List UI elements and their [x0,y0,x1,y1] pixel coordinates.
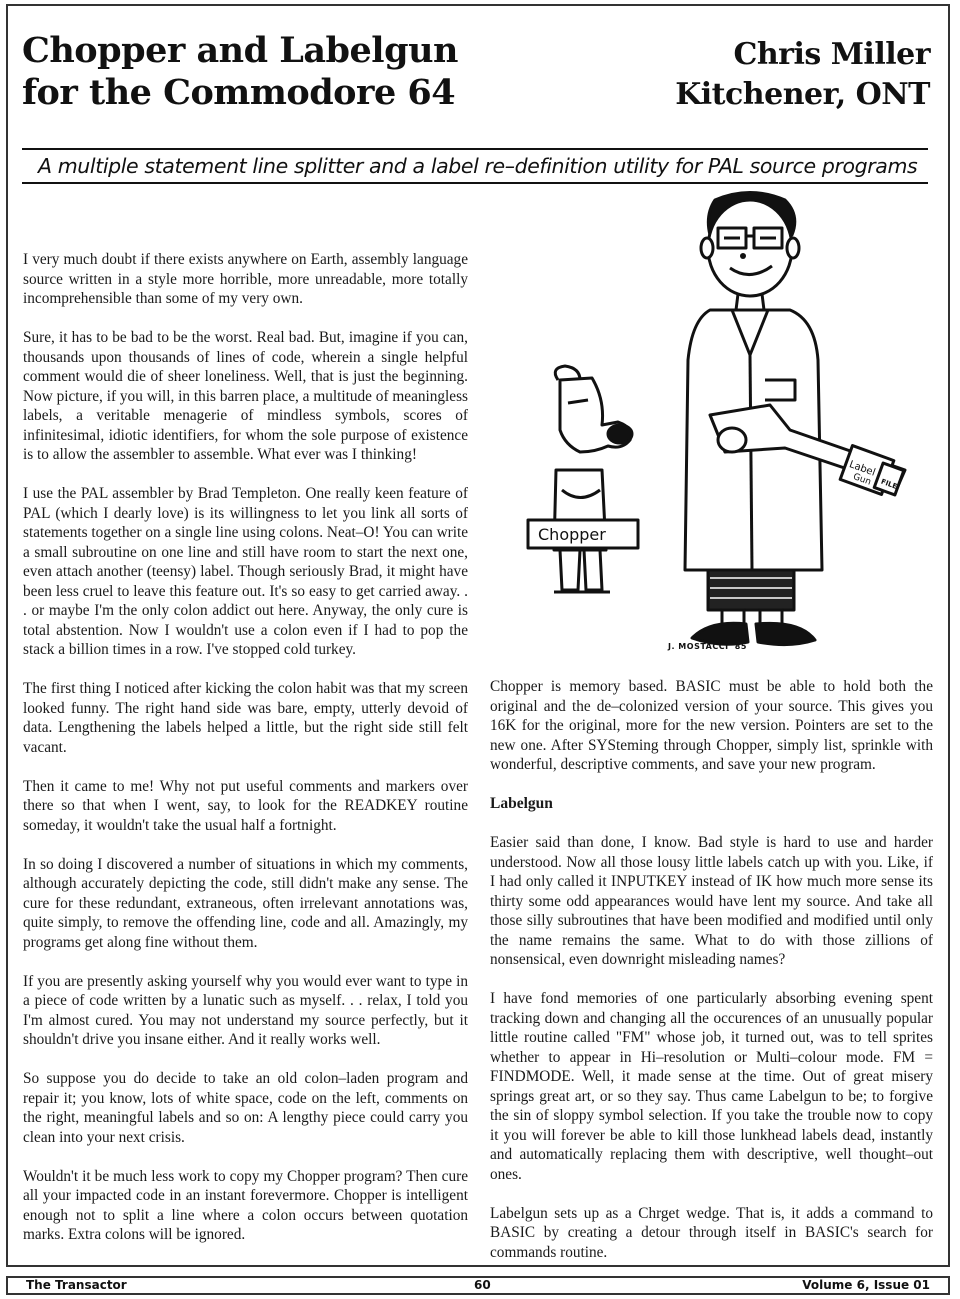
author-location: Kitchener, ONT [675,77,930,112]
body-paragraph: Then it came to me! Why not put useful c… [23,777,468,836]
page-number: 60 [474,1278,491,1293]
body-paragraph: The first thing I noticed after kicking … [23,679,468,757]
section-heading-labelgun: Labelgun [490,794,933,814]
left-column: I very much doubt if there exists anywhe… [23,250,468,1264]
body-paragraph: Sure, it has to be bad to be the worst. … [23,328,468,465]
body-paragraph: If you are presently asking yourself why… [23,972,468,1050]
subtitle-bar: A multiple statement line splitter and a… [22,148,928,184]
body-paragraph: In so doing I discovered a number of sit… [23,855,468,953]
author-name: Chris Miller [733,37,930,72]
article-subtitle: A multiple statement line splitter and a… [38,154,918,178]
artist-signature: J. MOSTACCI '85 [668,642,747,651]
body-paragraph: I very much doubt if there exists anywhe… [23,250,468,309]
article-title: Chopper and Labelgun for the Commodore 6… [22,30,458,114]
body-paragraph: Wouldn't it be much less work to copy my… [23,1167,468,1245]
body-paragraph: I use the PAL assembler by Brad Templeto… [23,484,468,660]
body-paragraph: Easier said than done, I know. Bad style… [490,833,933,970]
author-block: Chris Miller Kitchener, ONT [675,35,930,115]
publication-name: The Transactor [26,1278,127,1293]
page-footer: The Transactor 60 Volume 6, Issue 01 [6,1276,950,1295]
body-paragraph: I have fond memories of one particularly… [490,989,933,1184]
issue-info: Volume 6, Issue 01 [802,1278,930,1293]
dog-figure [528,366,638,592]
cartoon-illustration: Label Gun FILE Chopper [510,190,930,660]
title-line-1: Chopper and Labelgun [22,30,458,71]
body-paragraph: Labelgun sets up as a Chrget wedge. That… [490,1204,933,1263]
body-paragraph: So suppose you do decide to take an old … [23,1069,468,1147]
dog-sign-text: Chopper [538,525,606,544]
right-column: Chopper is memory based. BASIC must be a… [490,677,933,1282]
scientist-figure [685,193,905,645]
title-line-2: for the Commodore 64 [22,72,455,113]
body-paragraph: Chopper is memory based. BASIC must be a… [490,677,933,775]
